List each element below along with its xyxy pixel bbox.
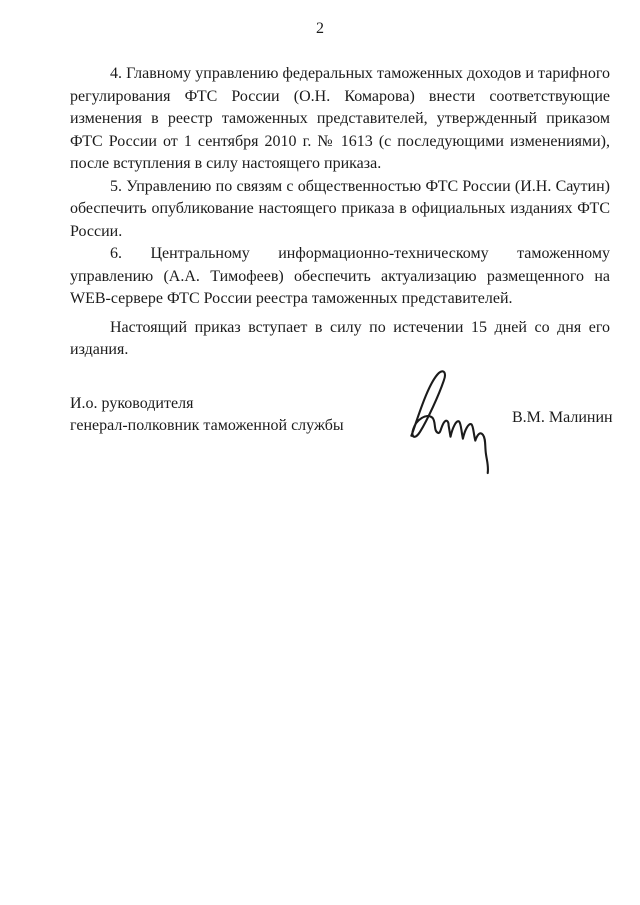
signatory-position-line2: генерал-полковник таможенной службы — [70, 415, 400, 437]
signatory-name: В.М. Малинин — [512, 407, 613, 429]
document-page: 2 4. Главному управлению федеральных там… — [0, 0, 640, 905]
signature-block: И.о. руководителя генерал-полковник тамо… — [70, 393, 610, 503]
page-number: 2 — [0, 19, 640, 39]
paragraph: 5. Управлению по связям с общественность… — [70, 176, 610, 244]
paragraph: 6. Центральному информационно-техническо… — [70, 243, 610, 311]
signature-icon — [398, 365, 503, 477]
paragraph: 4. Главному управлению федеральных тамож… — [70, 63, 610, 176]
closing-paragraph: Настоящий приказ вступает в силу по исте… — [70, 317, 610, 362]
signatory-position: И.о. руководителя генерал-полковник тамо… — [70, 393, 400, 437]
document-body: 4. Главному управлению федеральных тамож… — [70, 63, 610, 362]
signatory-position-line1: И.о. руководителя — [70, 393, 400, 415]
